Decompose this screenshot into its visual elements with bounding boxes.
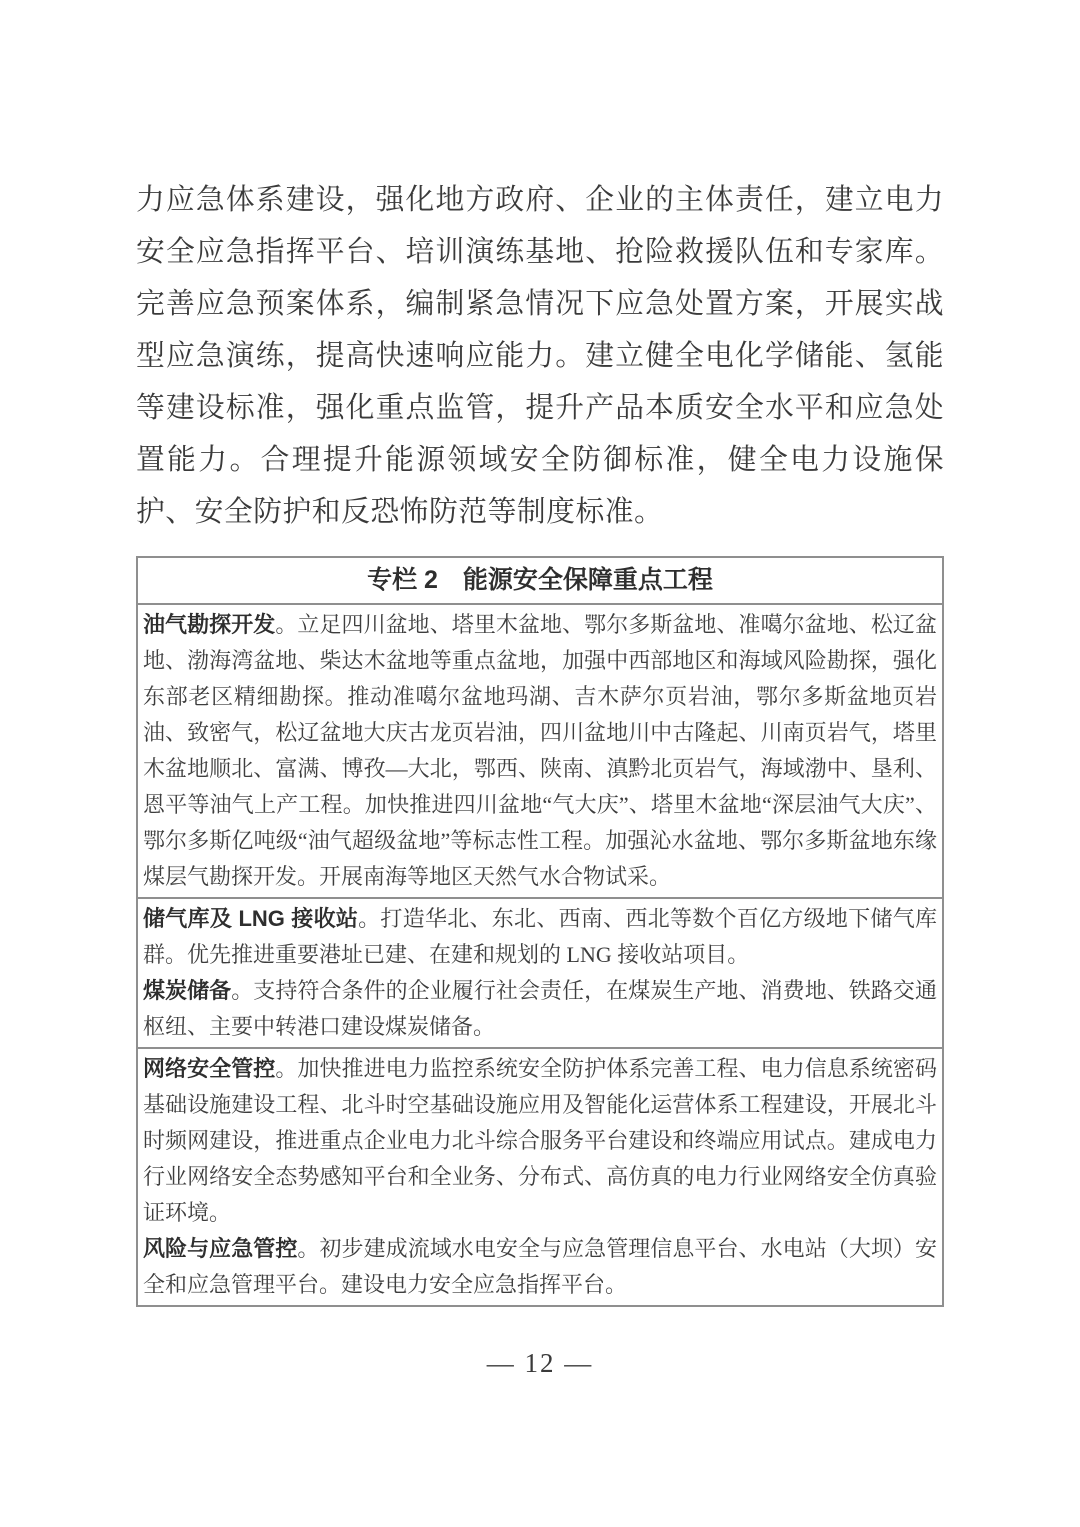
box-row-oil-gas-exploration: 油气勘探开发。立足四川盆地、塔里木盆地、鄂尔多斯盆地、准噶尔盆地、松辽盆地、渤海…: [138, 605, 942, 897]
section-text-oil-gas: 。立足四川盆地、塔里木盆地、鄂尔多斯盆地、准噶尔盆地、松辽盆地、渤海湾盆地、柴达…: [143, 612, 937, 889]
column-box-energy-security: 专栏 2 能源安全保障重点工程 油气勘探开发。立足四川盆地、塔里木盆地、鄂尔多斯…: [136, 556, 944, 1307]
section-lead-coal-reserve: 煤炭储备: [143, 978, 231, 1003]
section-lead-oil-gas: 油气勘探开发: [143, 612, 275, 637]
box-paragraph: 风险与应急管控。初步建成流域水电安全与应急管理信息平台、水电站（大坝）安全和应急…: [143, 1231, 937, 1303]
document-page: 力应急体系建设，强化地方政府、企业的主体责任，建立电力安全应急指挥平台、培训演练…: [0, 0, 1080, 1527]
box-paragraph: 网络安全管控。加快推进电力监控系统安全防护体系完善工程、电力信息系统密码基础设施…: [143, 1051, 937, 1231]
page-number: — 12 —: [136, 1348, 944, 1379]
column-box-title: 专栏 2 能源安全保障重点工程: [138, 558, 942, 605]
section-text-coal-reserve: 。支持符合条件的企业履行社会责任，在煤炭生产地、消费地、铁路交通枢纽、主要中转港…: [143, 978, 937, 1039]
box-row-cyber-risk: 网络安全管控。加快推进电力监控系统安全防护体系完善工程、电力信息系统密码基础设施…: [138, 1047, 942, 1305]
section-lead-gas-storage-lng: 储气库及 LNG 接收站: [143, 906, 358, 931]
body-paragraph: 力应急体系建设，强化地方政府、企业的主体责任，建立电力安全应急指挥平台、培训演练…: [136, 174, 944, 538]
box-paragraph: 油气勘探开发。立足四川盆地、塔里木盆地、鄂尔多斯盆地、准噶尔盆地、松辽盆地、渤海…: [143, 607, 937, 895]
section-text-cybersecurity: 。加快推进电力监控系统安全防护体系完善工程、电力信息系统密码基础设施建设工程、北…: [143, 1056, 937, 1225]
section-lead-cybersecurity: 网络安全管控: [143, 1056, 275, 1081]
box-row-storage-reserves: 储气库及 LNG 接收站。打造华北、东北、西南、西北等数个百亿方级地下储气库群。…: [138, 897, 942, 1047]
box-paragraph: 储气库及 LNG 接收站。打造华北、东北、西南、西北等数个百亿方级地下储气库群。…: [143, 901, 937, 973]
section-lead-risk-emergency: 风险与应急管控: [143, 1236, 297, 1261]
box-paragraph: 煤炭储备。支持符合条件的企业履行社会责任，在煤炭生产地、消费地、铁路交通枢纽、主…: [143, 973, 937, 1045]
